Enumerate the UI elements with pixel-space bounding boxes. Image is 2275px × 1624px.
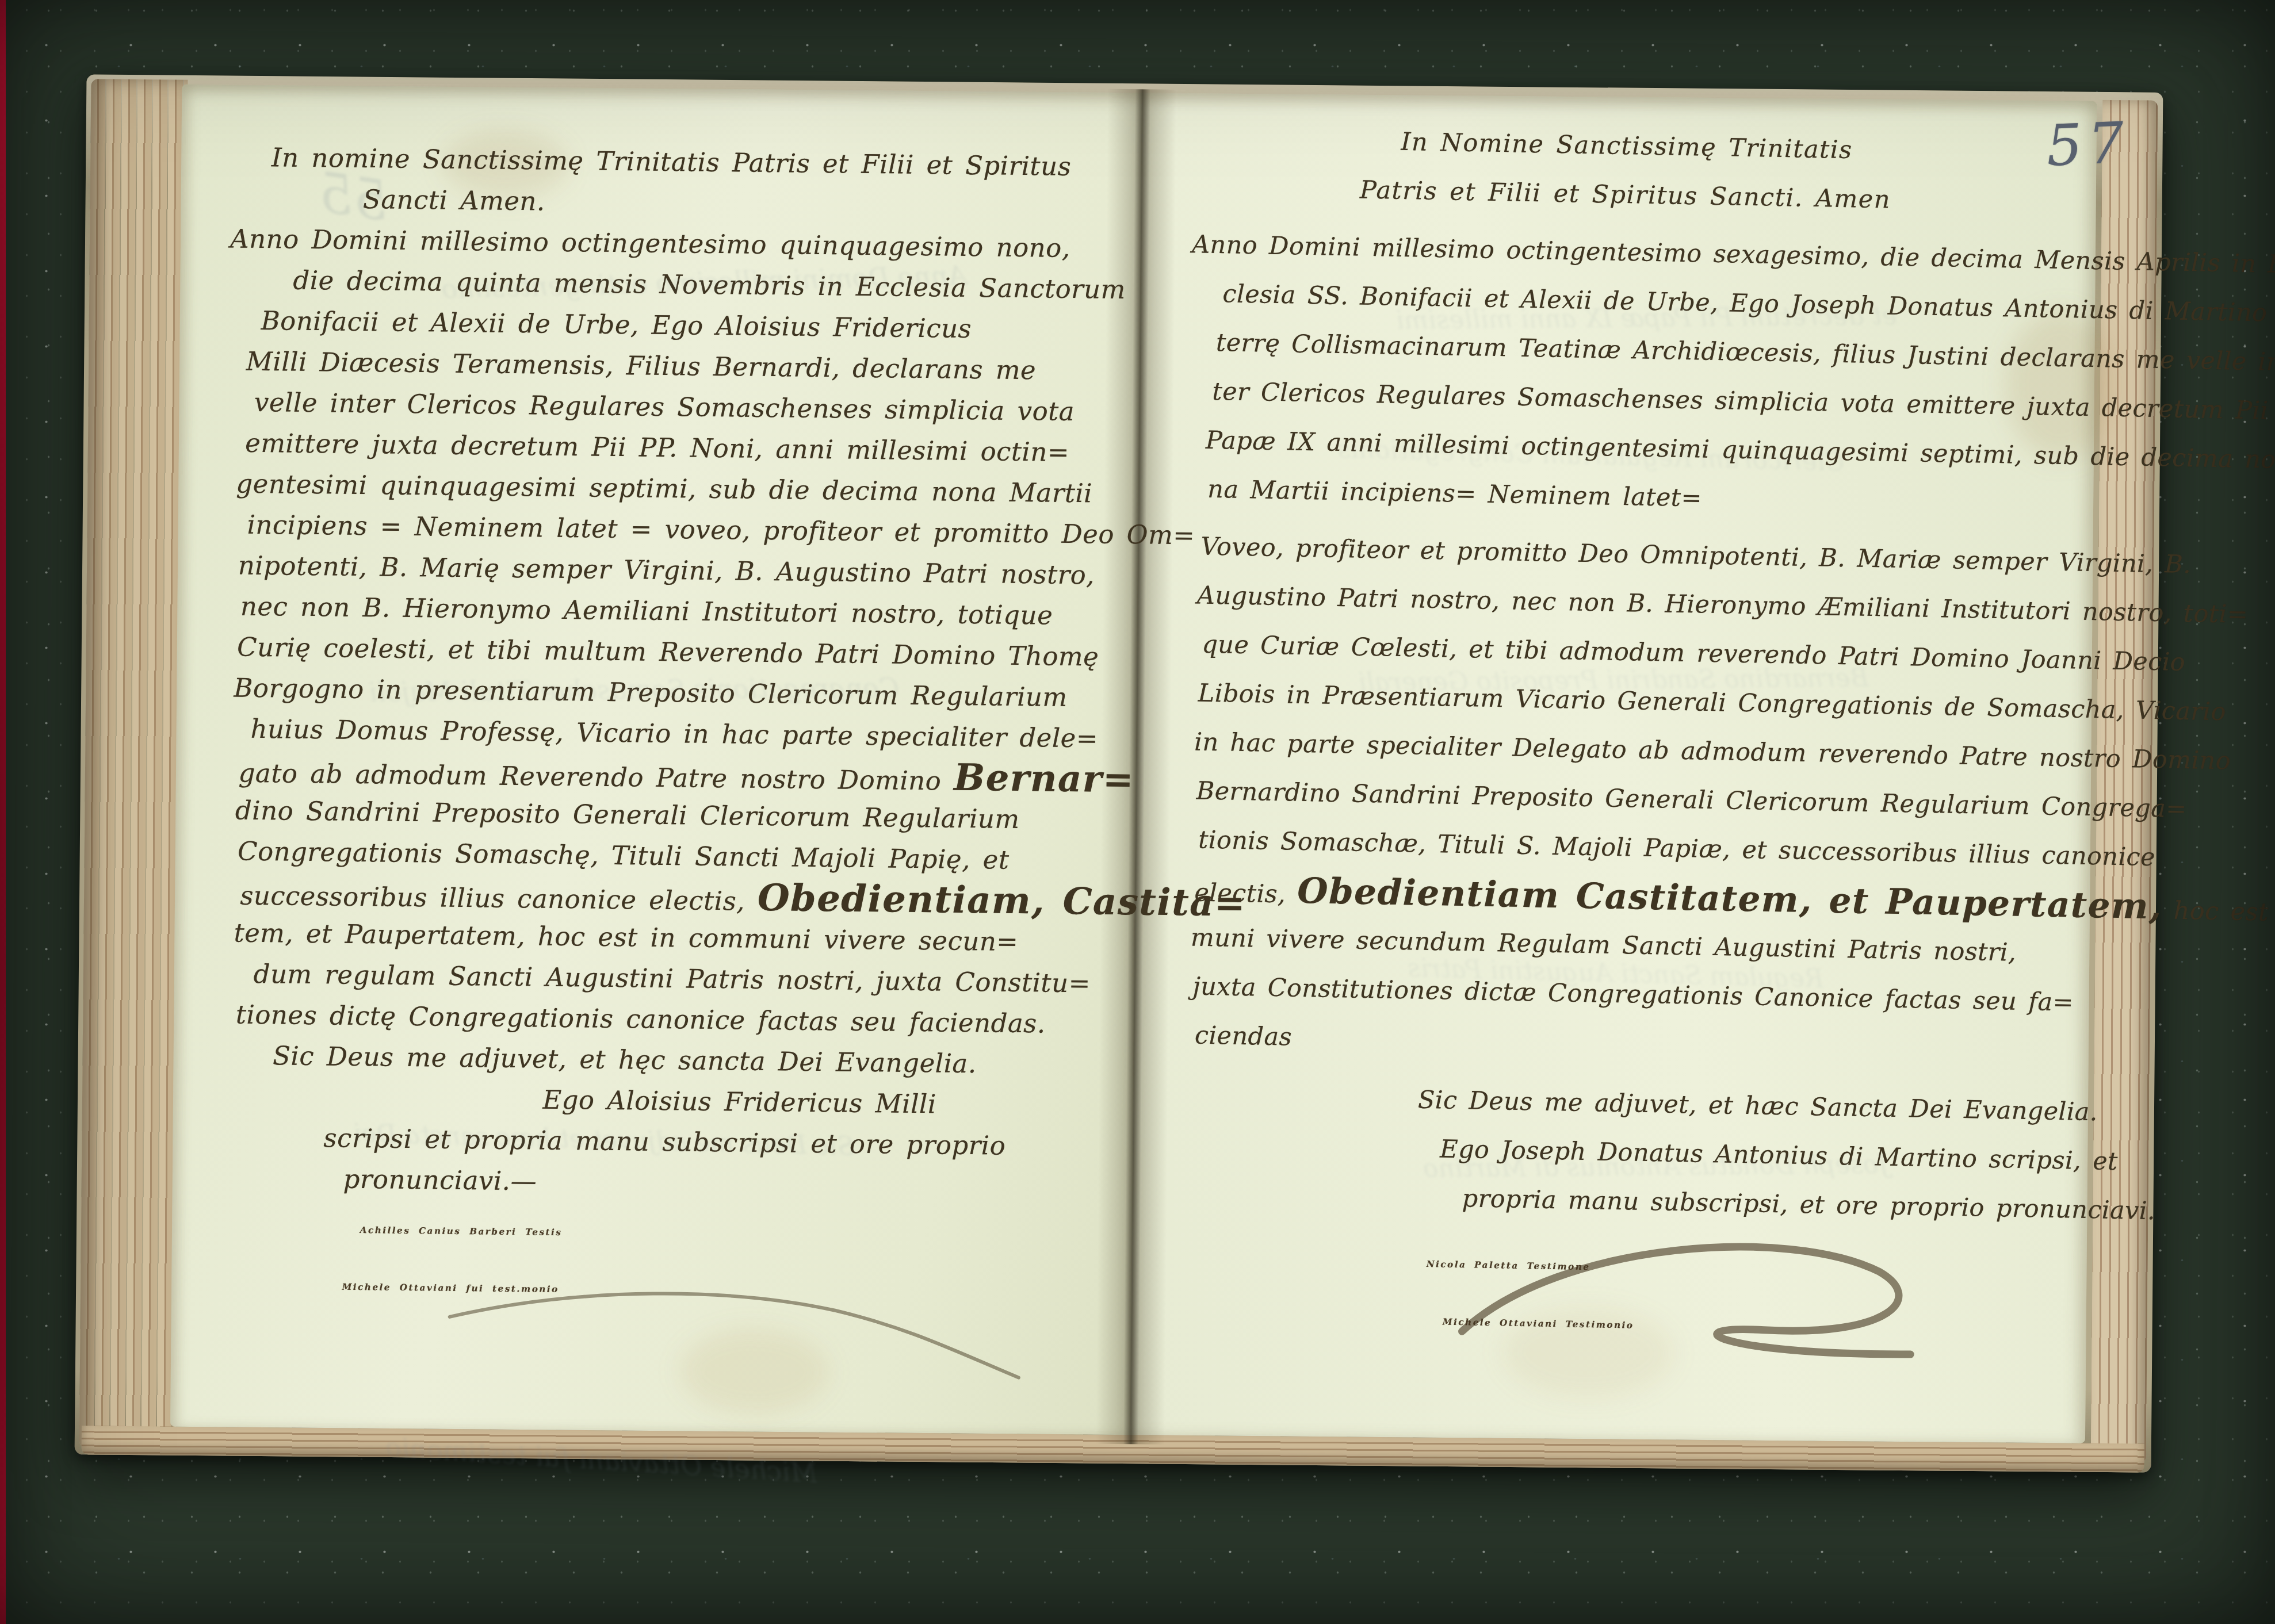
text-segment: clesia SS. Bonifacii et Alexii de Urbe, … <box>1222 279 2268 327</box>
text-segment: Achilles Canius Barberi Testis <box>360 1225 563 1238</box>
left-page-text: In nomine Sanctissimę Trinitatis Patris … <box>218 136 1152 1316</box>
text-segment: Libois in Præsentiarum Vicario Generali … <box>1198 679 2226 727</box>
text-segment: muni vivere secundum Regulam Sancti Augu… <box>1191 923 2017 967</box>
text-segment: terrę Collismacinarum Teatinæ Archidiœce… <box>1216 328 2275 377</box>
right-page-text: In Nomine Sanctissimę TrinitatisPatris e… <box>1172 114 2138 1359</box>
text-segment: Voveo, profiteor et promitto Deo Omnipot… <box>1200 533 2192 580</box>
text-segment: Bernardino Sandrini Preposito Generali C… <box>1196 777 2187 824</box>
text-segment: successoribus illius canonice electis, <box>240 880 758 917</box>
text-segment: hoc est in com= <box>2162 896 2275 929</box>
text-segment: nec non B. Hieronymo Aemiliani Instituto… <box>240 591 1053 631</box>
text-segment: scripsi et propria manu subscripsi et or… <box>323 1123 1005 1160</box>
text-segment: Nicola Paletta Testimone <box>1427 1259 1590 1272</box>
text-segment: dino Sandrini Preposito Generali Clerico… <box>235 795 1020 834</box>
text-segment: ciendas <box>1194 1021 1292 1052</box>
text-segment: Bernar= <box>954 756 1135 802</box>
text-segment: in hac parte specialiter Delegato ab adm… <box>1194 727 2231 775</box>
manuscript-line: Nicola Paletta Testimone <box>1426 1240 2117 1301</box>
text-segment: huius Domus Professę, Vicario in hac par… <box>250 714 1098 754</box>
text-segment: Ego Aloisius Fridericus Milli <box>542 1085 936 1120</box>
text-segment: ter Clericos Regulares Somaschenses simp… <box>1212 377 2269 426</box>
text-segment: pronunciavi.— <box>343 1164 537 1197</box>
text-segment: que Curiæ Cœlesti, et tibi admodum rever… <box>1202 630 2186 677</box>
text-segment: Michele Ottaviani fui test.monio <box>342 1282 559 1294</box>
text-segment: Congregationis Somaschę, Tituli Sancti M… <box>238 836 1010 875</box>
text-segment: Patris et Filii et Spiritus Sancti. Amen <box>1359 176 1891 215</box>
text-segment: Papæ IX anni millesimi octingentesimi qu… <box>1205 426 2275 475</box>
manuscript-line: Achilles Canius Barberi Testis <box>360 1210 1140 1259</box>
text-segment: die decima quinta mensis Novembris in Ec… <box>293 265 1126 305</box>
text-segment: Sic Deus me adjuvet, et hæc Sancta Dei E… <box>1417 1086 2098 1127</box>
text-segment: propria manu subscripsi, et ore proprio … <box>1462 1184 2155 1225</box>
text-segment: Ego Joseph Donatus Antonius di Martino s… <box>1440 1135 2118 1176</box>
text-segment: velle inter Clericos Regulares Somaschen… <box>254 387 1075 427</box>
text-segment: Curię coelesti, et tibi multum Reverendo… <box>237 632 1099 672</box>
scanner-edge-stripe <box>0 0 6 1624</box>
text-segment: tionis Somaschæ, Tituli S. Majoli Papiæ,… <box>1198 826 2156 872</box>
text-segment: Augustino Patri nostro, nec non B. Hiero… <box>1196 581 2248 629</box>
open-book: 57 In nomine Sanctissimę Trinitatis Patr… <box>75 74 2163 1472</box>
text-segment: incipiens = Neminem latet = voveo, profi… <box>247 510 1195 551</box>
text-segment: na Martii incipiens= Neminem latet= <box>1207 475 1703 513</box>
text-segment: Sic Deus me adjuvet, et hęc sancta Dei E… <box>273 1040 977 1079</box>
text-segment: Michele Ottaviani Testimonio <box>1443 1317 1634 1331</box>
text-segment: gentesimi quinquagesimi septimi, sub die… <box>236 469 1092 509</box>
text-segment: tem, et Paupertatem, hoc est in communi … <box>234 918 1019 957</box>
text-segment: juxta Constitutiones dictæ Congregationi… <box>1192 972 2074 1017</box>
text-segment: dum regulam Sancti Augustini Patris nost… <box>253 959 1091 999</box>
text-segment: Obedientiam, Castita= <box>757 876 1246 925</box>
manuscript-line: pronunciavi.— <box>343 1159 1140 1209</box>
text-segment: Bonifacii et Alexii de Urbe, Ego Aloisiu… <box>261 305 972 344</box>
text-segment: Anno Domini millesimo octingentesimo qui… <box>230 223 1070 263</box>
text-segment: Borgogno in presentiarum Preposito Cleri… <box>234 673 1068 713</box>
text-segment: In nomine Sanctissimę Trinitatis Patris … <box>272 142 1072 182</box>
photographed-manuscript: { "page_number": "57", "colors": { "back… <box>0 0 2275 1624</box>
text-segment: tiones dictę Congregationis canonice fac… <box>236 999 1046 1039</box>
text-segment: Milli Diæcesis Teramensis, Filius Bernar… <box>246 346 1037 386</box>
text-segment: Sancti Amen. <box>363 184 545 217</box>
text-segment: gato ab admodum Reverendo Patre nostro D… <box>238 758 954 796</box>
text-segment: electis, <box>1194 879 1298 909</box>
manuscript-line: Ego Aloisius Fridericus Milli <box>542 1079 1141 1127</box>
text-segment: emittere juxta decretum Pii PP. Noni, an… <box>245 428 1069 468</box>
text-segment: In Nomine Sanctissimę Trinitatis <box>1401 128 1853 164</box>
text-segment: nipotenti, B. Marię semper Virgini, B. A… <box>238 550 1095 591</box>
